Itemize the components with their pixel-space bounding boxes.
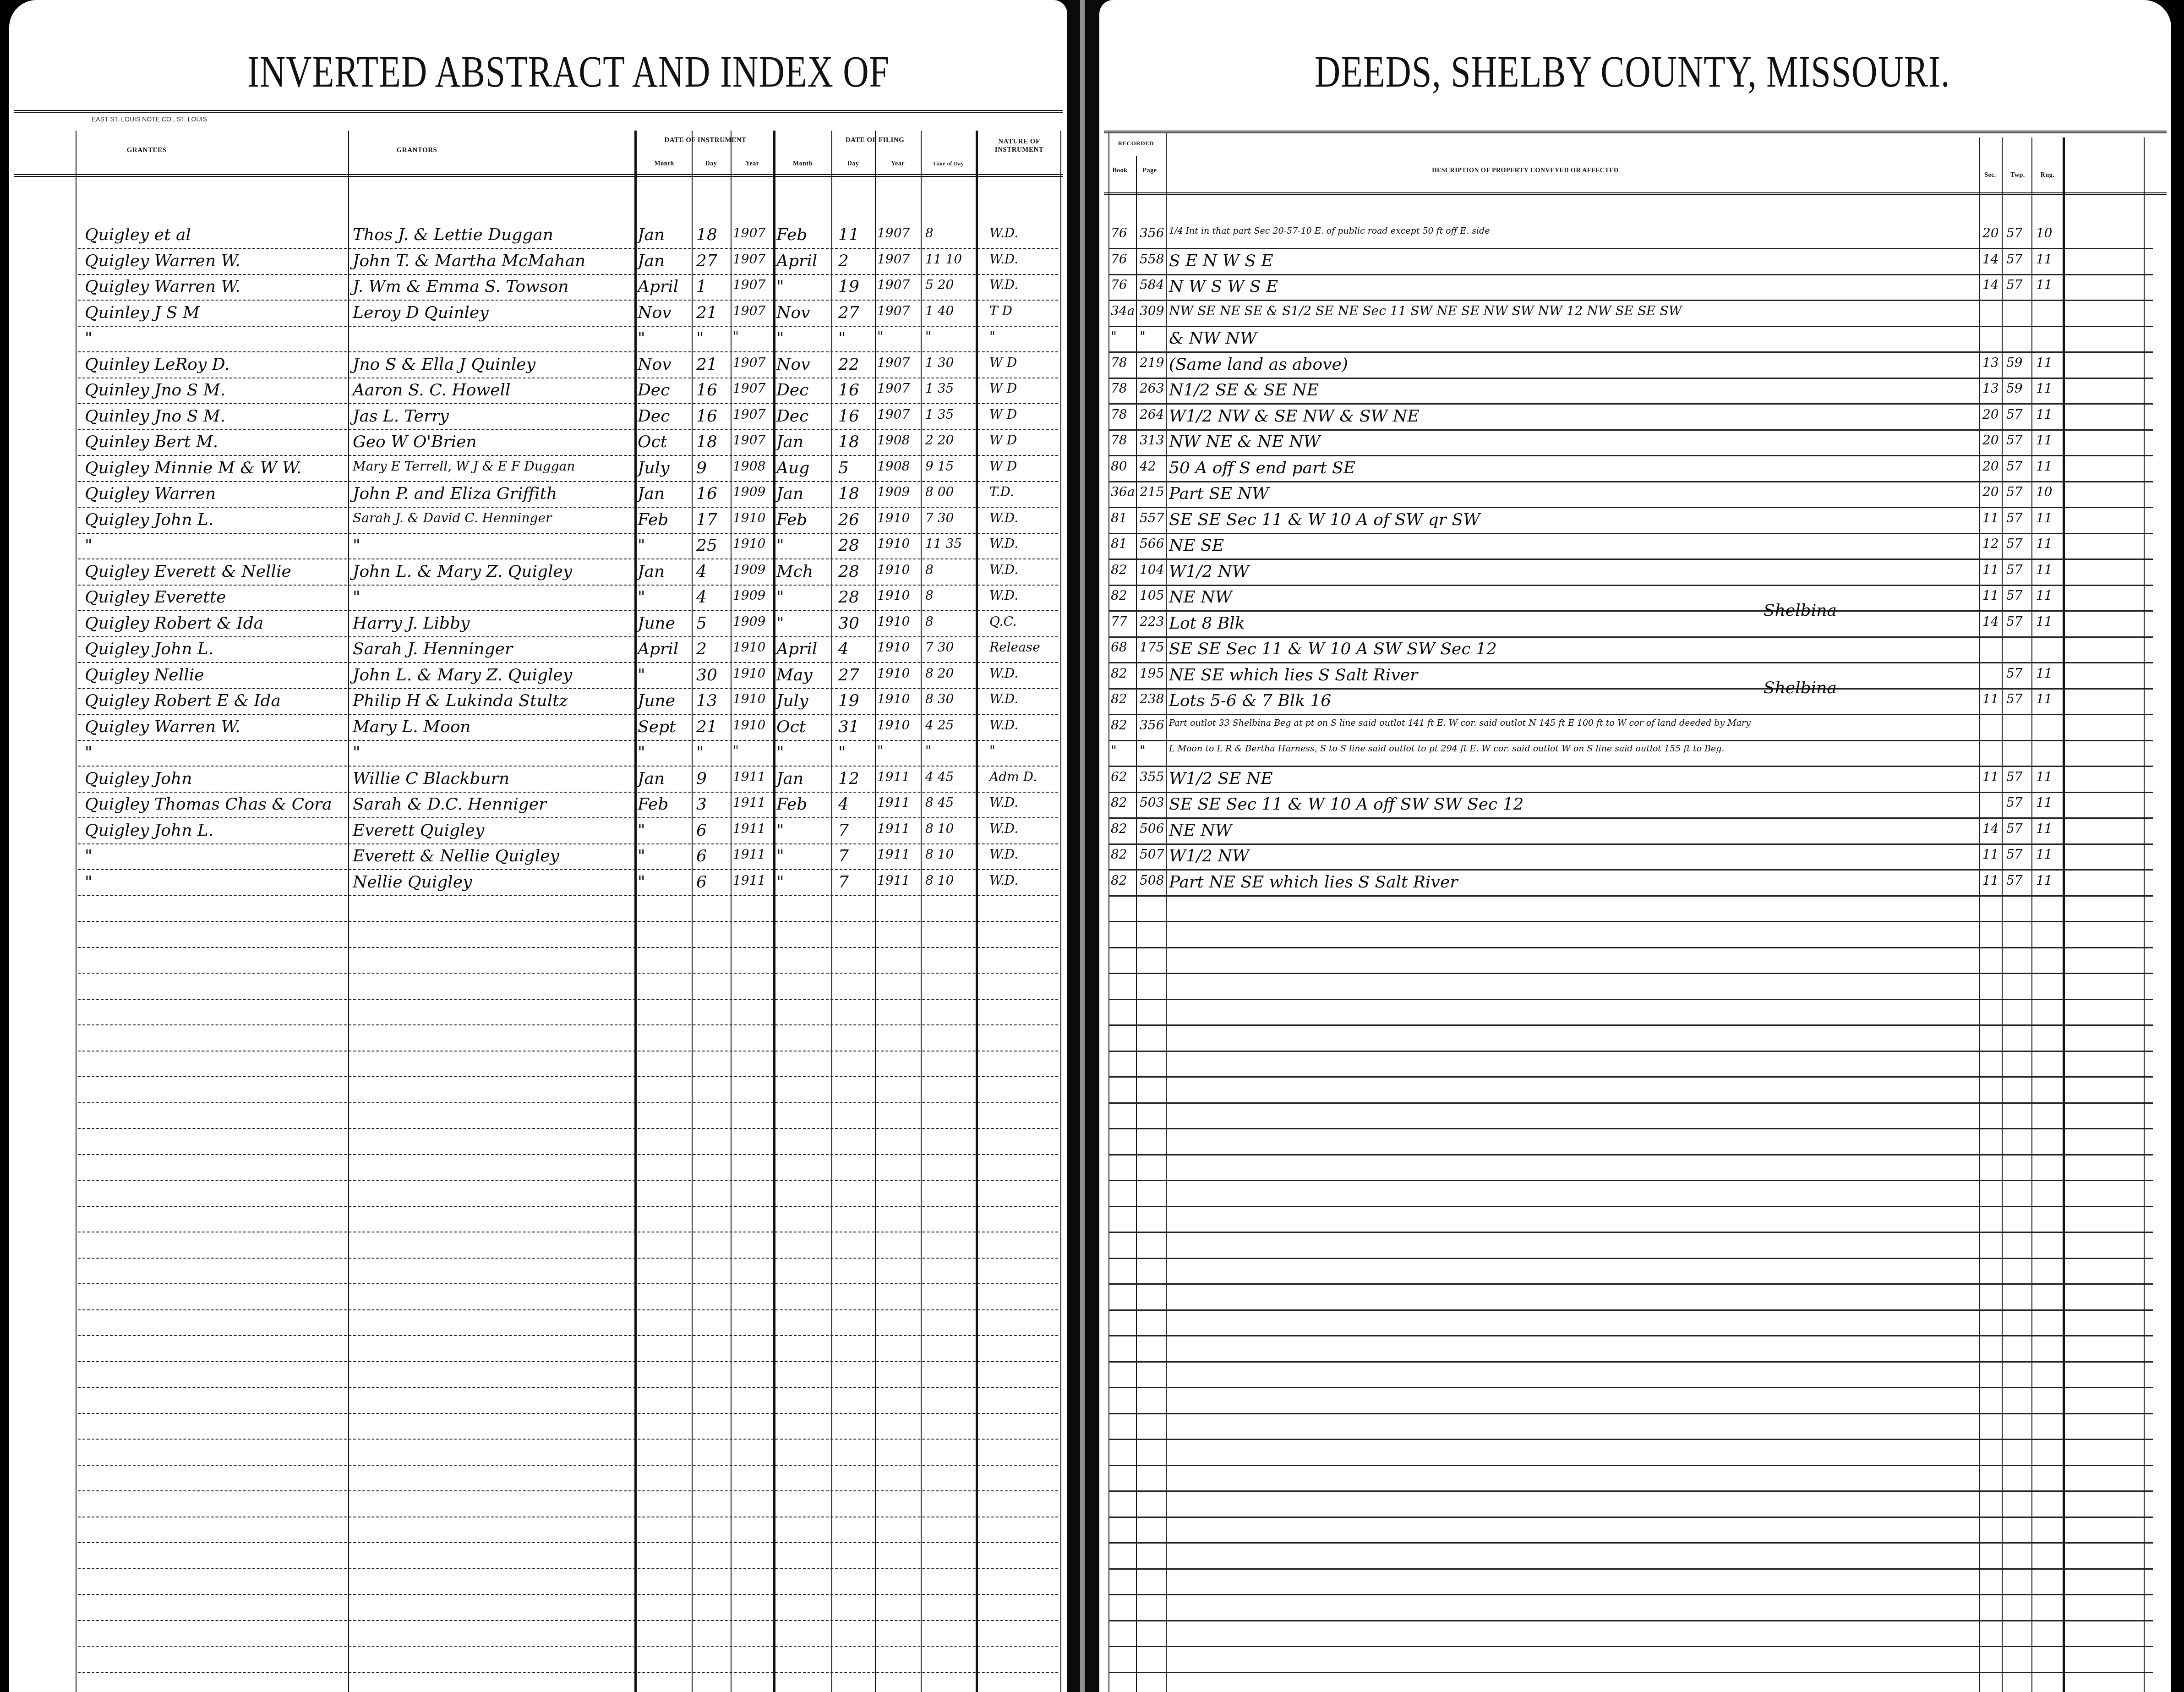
row-rule <box>78 610 1058 611</box>
grantor-cell: Sarah J. Henninger <box>353 641 513 657</box>
time-of-day-cell: 8 45 <box>925 796 954 809</box>
instrument-month-cell: Nov <box>638 305 672 321</box>
row-rule <box>78 792 1058 793</box>
filing-day-cell: " <box>838 745 846 761</box>
description-cell: Lots 5-6 & 7 Blk 16 <box>1169 693 1331 709</box>
grantee-cell: " <box>85 330 93 347</box>
instrument-month-cell: June <box>638 615 675 632</box>
page-cell: 566 <box>1140 537 1164 550</box>
book-cell: 62 <box>1111 771 1127 783</box>
nature-of-instrument-cell: " <box>989 745 995 757</box>
grantee-cell: Quigley Robert & Ida <box>85 615 263 632</box>
grantor-cell: Jno S & Ella J Quinley <box>353 356 535 373</box>
instrument-month-cell: " <box>638 589 645 606</box>
row-rule <box>78 688 1058 689</box>
instrument-year-cell: 1907 <box>733 382 765 395</box>
page-cell: 105 <box>1140 589 1164 602</box>
description-cell: 50 A off S end part SE <box>1169 460 1355 476</box>
instrument-year-cell: 1907 <box>733 253 765 266</box>
instrument-year-cell: 1910 <box>733 537 765 550</box>
grantor-cell: " <box>353 589 360 606</box>
grantee-cell: Quigley Warren <box>85 486 216 502</box>
row-rule <box>78 300 1058 301</box>
row-rule <box>1108 869 2153 871</box>
instrument-day-cell: " <box>696 745 704 761</box>
instrument-year-cell: 1907 <box>733 305 765 318</box>
annotation-cell: Shelbina <box>1764 680 1837 696</box>
instrument-day-cell: 27 <box>696 253 717 269</box>
filing-day-cell: 16 <box>838 408 859 425</box>
instrument-year-cell: 1909 <box>733 615 765 628</box>
filing-year-cell: 1909 <box>877 486 910 498</box>
row-rule <box>1108 714 2153 715</box>
nature-of-instrument-cell: W D <box>989 460 1017 473</box>
row-rule <box>78 455 1058 456</box>
grantee-cell: Quinley Jno S M. <box>85 382 225 399</box>
header-sec: Sec. <box>1979 172 2002 179</box>
book-cell: 76 <box>1111 279 1127 291</box>
instrument-day-cell: 21 <box>696 305 717 321</box>
page-cell: 42 <box>1140 460 1156 473</box>
grantor-cell: John T. & Martha McMahan <box>353 253 585 269</box>
col-divider <box>921 131 922 1692</box>
filing-month-cell: Aug <box>776 460 809 476</box>
row-rule <box>78 533 1058 534</box>
empty-row-rule <box>1108 1594 2153 1595</box>
empty-row-rule <box>1108 973 2153 974</box>
grantee-cell: Quigley Everette <box>85 589 226 606</box>
filing-year-cell: 1910 <box>877 564 910 576</box>
empty-row-rule <box>1108 1672 2153 1673</box>
empty-row-rule <box>78 1517 1058 1517</box>
page-cell: 223 <box>1140 615 1164 628</box>
range-cell: 11 <box>2036 279 2053 291</box>
section-cell: 11 <box>1982 512 1999 525</box>
township-cell: 57 <box>2006 512 2023 525</box>
empty-row-rule <box>78 1672 1058 1673</box>
time-of-day-cell: 11 35 <box>925 537 962 550</box>
page-cell: 263 <box>1140 382 1164 395</box>
range-cell: 11 <box>2036 848 2053 861</box>
nature-of-instrument-cell: W.D. <box>989 796 1018 809</box>
empty-row-rule <box>1108 1465 2153 1466</box>
filing-year-cell: 1907 <box>877 408 910 421</box>
instrument-year-cell: 1911 <box>733 796 765 809</box>
instrument-year-cell: 1908 <box>733 460 765 473</box>
filing-month-cell: " <box>776 537 784 554</box>
header-bottom-rule <box>1104 192 2167 195</box>
filing-year-cell: 1910 <box>877 589 910 602</box>
nature-of-instrument-cell: W.D. <box>989 227 1018 240</box>
section-cell: 11 <box>1982 693 1999 706</box>
book-cell: 77 <box>1111 615 1127 628</box>
row-rule <box>1108 792 2153 793</box>
header-book: Book <box>1106 167 1134 175</box>
description-cell: Lot 8 Blk <box>1169 615 1245 632</box>
nature-of-instrument-cell: W.D. <box>989 589 1018 602</box>
empty-row-rule <box>78 1594 1058 1595</box>
grantor-cell: Sarah J. & David C. Henninger <box>353 512 551 525</box>
instrument-day-cell: 6 <box>696 874 707 891</box>
header-grantors: GRANTORS <box>348 147 486 154</box>
header-inst-month: Month <box>637 160 692 168</box>
empty-row-rule <box>1108 1283 2153 1285</box>
page-cell: 557 <box>1140 512 1164 525</box>
filing-year-cell: 1908 <box>877 434 910 447</box>
time-of-day-cell: 8 <box>925 227 934 240</box>
filing-month-cell: Feb <box>776 796 807 813</box>
row-rule <box>78 740 1058 741</box>
description-cell: Part SE NW <box>1169 486 1269 502</box>
instrument-year-cell: " <box>733 330 739 343</box>
filing-day-cell: " <box>838 330 846 347</box>
filing-day-cell: 16 <box>838 382 859 399</box>
instrument-month-cell: Oct <box>638 434 667 450</box>
nature-of-instrument-cell: T D <box>989 305 1012 318</box>
time-of-day-cell: 7 30 <box>925 512 954 525</box>
description-cell: W1/2 NW & SE NW & SW NE <box>1169 408 1420 425</box>
empty-row-rule <box>1108 947 2153 948</box>
section-cell: 14 <box>1982 615 1999 628</box>
time-of-day-cell: 9 15 <box>925 460 954 473</box>
row-rule <box>1108 688 2153 690</box>
grantor-cell: Jas L. Terry <box>353 408 449 425</box>
description-cell: SE SE Sec 11 & W 10 A off SW SW Sec 12 <box>1169 796 1523 813</box>
instrument-day-cell: 21 <box>696 356 717 373</box>
filing-day-cell: 18 <box>838 434 859 450</box>
grantee-cell: Quigley John L. <box>85 641 213 657</box>
filing-year-cell: 1910 <box>877 537 910 550</box>
header-inst-day: Day <box>692 160 731 168</box>
section-cell: 12 <box>1982 537 1999 550</box>
empty-row-rule <box>1108 1154 2153 1155</box>
page-cell: 503 <box>1140 796 1164 809</box>
filing-year-cell: 1910 <box>877 667 910 680</box>
row-rule <box>78 585 1058 586</box>
filing-year-cell: 1910 <box>877 641 910 654</box>
row-rule <box>1108 662 2153 663</box>
col-divider <box>2063 137 2065 1692</box>
book-cell: " <box>1111 330 1117 343</box>
empty-row-rule <box>1108 1413 2153 1414</box>
instrument-year-cell: 1911 <box>733 822 765 835</box>
filing-month-cell: " <box>776 745 784 761</box>
description-cell: NE NW <box>1169 589 1232 606</box>
empty-row-rule <box>1108 1439 2153 1440</box>
filing-month-cell: Jan <box>776 486 803 502</box>
township-cell: 57 <box>2006 667 2023 680</box>
township-cell: 57 <box>2006 253 2023 266</box>
description-cell: NE NW <box>1169 822 1232 839</box>
time-of-day-cell: 8 30 <box>925 693 954 706</box>
filing-day-cell: 18 <box>838 486 859 502</box>
filing-year-cell: 1911 <box>877 771 910 783</box>
nature-of-instrument-cell: W.D. <box>989 822 1018 835</box>
annotation-cell: Shelbina <box>1764 602 1837 619</box>
filing-year-cell: 1907 <box>877 382 910 395</box>
township-cell: 57 <box>2006 564 2023 576</box>
range-cell: 11 <box>2036 512 2053 525</box>
grantor-cell: Mary E Terrell, W J & E F Duggan <box>353 460 575 473</box>
filing-month-cell: " <box>776 848 784 865</box>
filing-day-cell: 12 <box>838 771 859 787</box>
grantee-cell: Quinley LeRoy D. <box>85 356 230 373</box>
nature-of-instrument-cell: W.D. <box>989 667 1018 680</box>
range-cell: 11 <box>2036 408 2053 421</box>
township-cell: 57 <box>2006 460 2023 473</box>
township-cell: 57 <box>2006 615 2023 628</box>
book-cell: 78 <box>1111 382 1127 395</box>
time-of-day-cell: 2 20 <box>925 434 954 447</box>
instrument-day-cell: 4 <box>696 589 707 606</box>
empty-row-rule <box>78 1568 1058 1569</box>
filing-month-cell: Jan <box>776 771 803 787</box>
grantor-cell: John L. & Mary Z. Quigley <box>353 564 572 580</box>
empty-row-rule <box>78 999 1058 1000</box>
empty-row-rule <box>1108 1517 2153 1518</box>
col-divider <box>2031 137 2032 1692</box>
nature-of-instrument-cell: Adm D. <box>989 771 1037 783</box>
row-rule <box>1108 507 2153 508</box>
range-cell: 11 <box>2036 589 2053 602</box>
row-rule <box>78 378 1058 378</box>
description-cell: W1/2 SE NE <box>1169 771 1273 787</box>
row-rule <box>78 326 1058 327</box>
nature-of-instrument-cell: W.D. <box>989 719 1018 732</box>
instrument-month-cell: April <box>638 279 678 295</box>
right-page: DEEDS, SHELBY COUNTY, MISSOURI. RECORDED… <box>1099 0 2171 1692</box>
page-cell: 508 <box>1140 874 1164 887</box>
header-page: Page <box>1136 167 1163 175</box>
filing-day-cell: 28 <box>838 537 859 554</box>
header-inst-year: Year <box>731 160 774 168</box>
township-cell: 57 <box>2006 408 2023 421</box>
description-cell: NE SE <box>1169 537 1224 554</box>
time-of-day-cell: 8 10 <box>925 822 954 835</box>
page-cell: 558 <box>1140 253 1164 266</box>
range-cell: 11 <box>2036 667 2053 680</box>
filing-day-cell: 7 <box>838 874 849 891</box>
nature-of-instrument-cell: W.D. <box>989 564 1018 576</box>
book-cell: 82 <box>1111 848 1127 861</box>
instrument-year-cell: 1907 <box>733 279 765 291</box>
grantor-cell: Aaron S. C. Howell <box>353 382 511 399</box>
header-rule <box>1104 131 2167 133</box>
page-cell: 219 <box>1140 356 1164 369</box>
row-rule <box>78 559 1058 559</box>
col-divider <box>348 131 349 1692</box>
instrument-day-cell: 13 <box>696 693 717 709</box>
nature-of-instrument-cell: W D <box>989 434 1017 447</box>
book-cell: 82 <box>1111 564 1127 576</box>
section-cell: 13 <box>1982 382 1999 395</box>
grantor-cell: Leroy D Quinley <box>353 305 489 321</box>
empty-row-rule <box>78 1620 1058 1621</box>
row-rule <box>1108 455 2153 456</box>
grantee-cell: Quigley John <box>85 771 192 787</box>
filing-day-cell: 27 <box>838 667 859 684</box>
header-bottom-rule <box>14 174 1063 177</box>
instrument-year-cell: 1910 <box>733 693 765 706</box>
instrument-year-cell: 1911 <box>733 771 765 783</box>
grantor-cell: " <box>353 537 360 554</box>
empty-row-rule <box>78 921 1058 922</box>
filing-month-cell: " <box>776 279 784 295</box>
header-file-month: Month <box>774 160 831 168</box>
filing-month-cell: " <box>776 589 784 606</box>
filing-year-cell: " <box>877 745 883 757</box>
instrument-month-cell: Jan <box>638 486 665 502</box>
book-cell: 78 <box>1111 434 1127 447</box>
row-rule <box>78 766 1058 767</box>
instrument-day-cell: 17 <box>696 512 717 528</box>
row-rule <box>1108 636 2153 638</box>
row-rule <box>1108 378 2153 379</box>
empty-row-rule <box>1108 1490 2153 1492</box>
grantor-cell: Willie C Blackburn <box>353 771 509 787</box>
instrument-day-cell: 18 <box>696 227 717 243</box>
instrument-year-cell: 1909 <box>733 589 765 602</box>
filing-month-cell: " <box>776 822 784 839</box>
grantee-cell: Quigley Thomas Chas & Cora <box>85 796 332 813</box>
time-of-day-cell: 1 40 <box>925 305 954 318</box>
township-cell: 57 <box>2006 771 2023 783</box>
instrument-month-cell: " <box>638 874 645 891</box>
instrument-month-cell: April <box>638 641 678 657</box>
instrument-month-cell: " <box>638 667 645 684</box>
filing-day-cell: 28 <box>838 589 859 606</box>
filing-day-cell: 31 <box>838 719 859 735</box>
book-cell: 82 <box>1111 719 1127 732</box>
col-divider <box>1166 133 1167 1692</box>
page-cell: 507 <box>1140 848 1164 861</box>
empty-row-rule <box>78 1335 1058 1336</box>
book-cell: 81 <box>1111 512 1127 525</box>
filing-year-cell: 1907 <box>877 279 910 291</box>
empty-row-rule <box>78 1076 1058 1077</box>
row-rule <box>78 817 1058 818</box>
filing-month-cell: Dec <box>776 382 808 399</box>
description-cell: (Same land as above) <box>1169 356 1348 373</box>
book-cell: 36a <box>1111 486 1135 498</box>
instrument-day-cell: 9 <box>696 460 707 476</box>
time-of-day-cell: 8 10 <box>925 874 954 887</box>
book-cell: 82 <box>1111 874 1127 887</box>
time-of-day-cell: 8 10 <box>925 848 954 861</box>
filing-day-cell: 4 <box>838 641 849 657</box>
book-cell: 76 <box>1111 253 1127 266</box>
row-rule <box>78 869 1058 870</box>
time-of-day-cell: 11 10 <box>925 253 962 266</box>
empty-row-rule <box>78 1490 1058 1491</box>
instrument-year-cell: 1910 <box>733 641 765 654</box>
row-rule <box>1108 766 2153 767</box>
grantee-cell: Quinley J S M <box>85 305 200 321</box>
range-cell: 11 <box>2036 434 2053 447</box>
page-cell: 506 <box>1140 822 1164 835</box>
filing-month-cell: Oct <box>776 719 806 735</box>
page-cell: 313 <box>1140 434 1164 447</box>
range-cell: 11 <box>2036 693 2053 706</box>
page-cell: 584 <box>1140 279 1164 291</box>
filing-day-cell: 7 <box>838 822 849 839</box>
section-cell: 11 <box>1982 589 1999 602</box>
grantor-cell: Harry J. Libby <box>353 615 470 632</box>
nature-of-instrument-cell: W D <box>989 382 1017 395</box>
instrument-month-cell: " <box>638 745 645 761</box>
header-file-day: Day <box>831 160 875 168</box>
instrument-day-cell: 1 <box>696 279 707 295</box>
filing-day-cell: 2 <box>838 253 849 269</box>
col-divider <box>731 131 732 1692</box>
grantee-cell: Quigley John L. <box>85 512 213 528</box>
empty-row-rule <box>78 1309 1058 1310</box>
instrument-day-cell: 9 <box>696 771 707 787</box>
nature-of-instrument-cell: W.D. <box>989 279 1018 291</box>
empty-row-rule <box>78 1154 1058 1155</box>
empty-row-rule <box>1108 1180 2153 1181</box>
empty-row-rule <box>78 1102 1058 1103</box>
page-cell: 104 <box>1140 564 1164 576</box>
time-of-day-cell: 5 20 <box>925 279 954 291</box>
description-cell: NW SE NE SE & S1/2 SE NE Sec 11 SW NE SE… <box>1169 305 1682 318</box>
right-page-title: DEEDS, SHELBY COUNTY, MISSOURI. <box>1315 46 1950 98</box>
filing-day-cell: 27 <box>838 305 859 321</box>
col-divider <box>1136 156 1137 1692</box>
empty-row-rule <box>1108 1646 2153 1647</box>
section-cell: 11 <box>1982 874 1999 887</box>
description-cell: S E N W S E <box>1169 253 1273 269</box>
description-cell: L Moon to L R & Bertha Harness, S to S l… <box>1169 745 1725 753</box>
time-of-day-cell: 1 35 <box>925 408 954 421</box>
book-cell: 82 <box>1111 667 1127 680</box>
instrument-year-cell: 1910 <box>733 667 765 680</box>
instrument-day-cell: 3 <box>696 796 707 813</box>
instrument-month-cell: " <box>638 822 645 839</box>
range-cell: 11 <box>2036 874 2053 887</box>
book-cell: " <box>1111 745 1117 757</box>
grantee-cell: " <box>85 848 93 865</box>
book-cell: 76 <box>1111 227 1127 240</box>
row-rule <box>1108 351 2153 353</box>
time-of-day-cell: 4 45 <box>925 771 954 783</box>
nature-of-instrument-cell: W D <box>989 408 1017 421</box>
page-cell: 264 <box>1140 408 1164 421</box>
col-divider <box>2002 137 2003 1692</box>
time-of-day-cell: 8 <box>925 589 934 602</box>
grantee-cell: Quigley Robert E & Ida <box>85 693 281 709</box>
instrument-day-cell: 21 <box>696 719 717 735</box>
row-rule <box>1108 895 2153 897</box>
township-cell: 59 <box>2006 382 2023 395</box>
col-divider <box>1060 131 1061 1692</box>
row-rule <box>78 662 1058 663</box>
section-cell: 11 <box>1982 771 1999 783</box>
filing-month-cell: Feb <box>776 512 807 528</box>
township-cell: 59 <box>2006 356 2023 369</box>
instrument-year-cell: 1907 <box>733 356 765 369</box>
nature-of-instrument-cell: W.D. <box>989 874 1018 887</box>
col-divider <box>634 131 637 1692</box>
range-cell: 11 <box>2036 382 2053 395</box>
filing-day-cell: 30 <box>838 615 859 632</box>
grantee-cell: Quigley Nellie <box>85 667 204 684</box>
grantee-cell: Quinley Bert M. <box>85 434 218 450</box>
township-cell: 57 <box>2006 227 2023 240</box>
filing-month-cell: " <box>776 330 784 347</box>
empty-row-rule <box>78 1128 1058 1129</box>
empty-row-rule <box>1108 1128 2153 1129</box>
